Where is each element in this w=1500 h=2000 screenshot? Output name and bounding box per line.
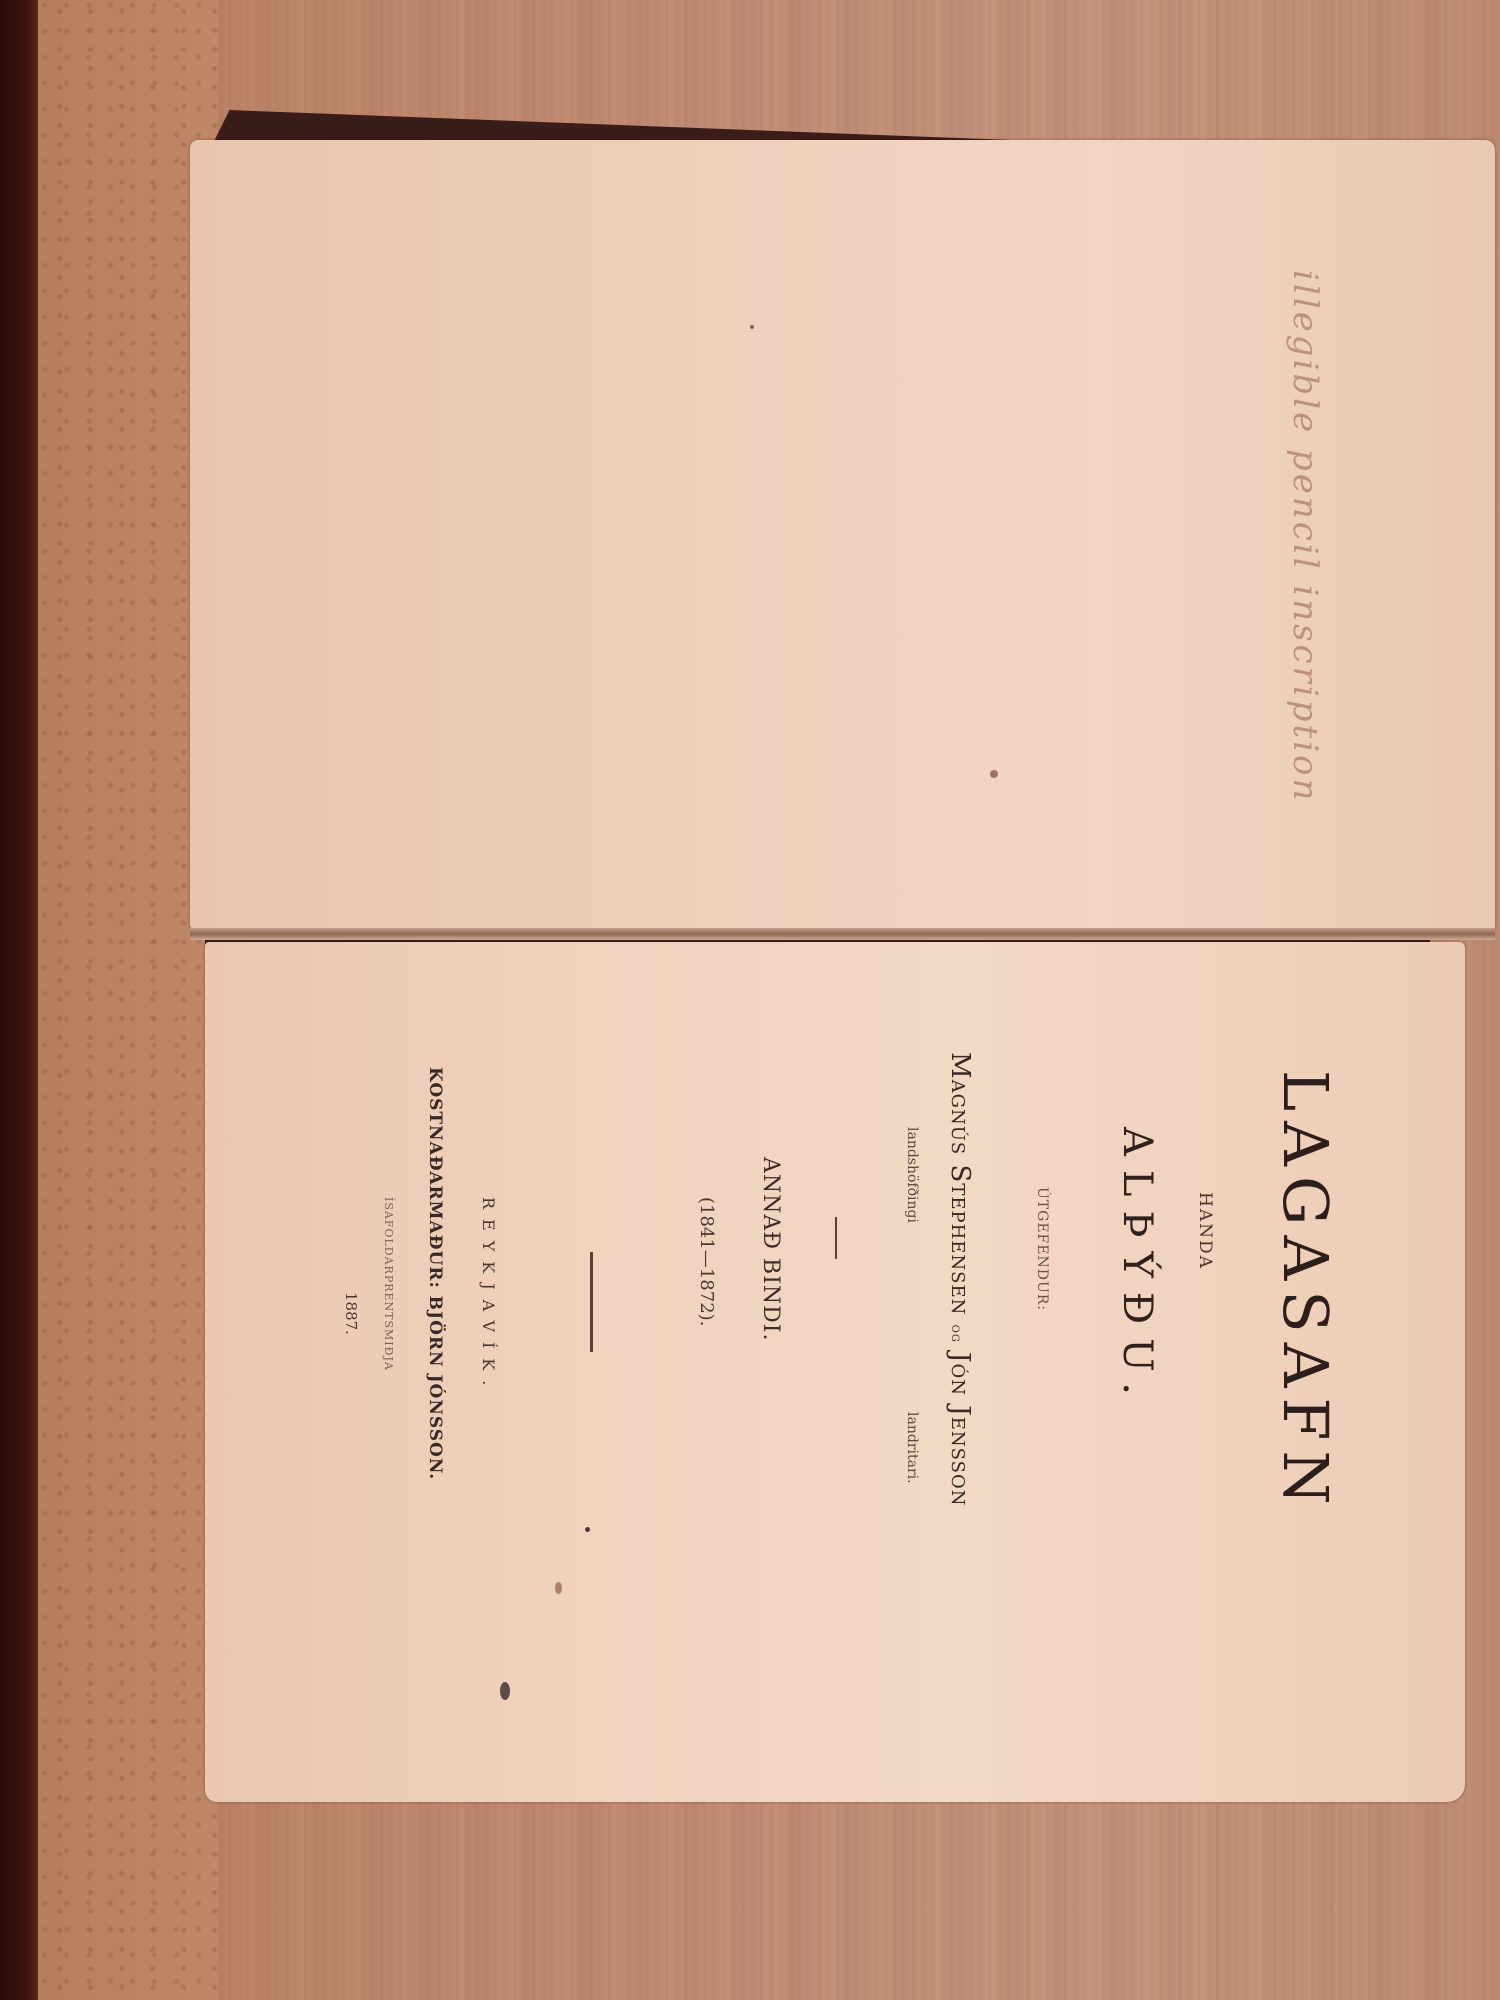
editors-label: ÚTGEFENDUR: [1034,1187,1050,1311]
editor-2: Jón Jensson [945,1352,975,1506]
volume-label: ANNAÐ BINDI. [758,1157,783,1341]
paper-spot [585,1527,590,1532]
book-subtitle: ALÞÝÐU. [1114,1127,1160,1409]
editor-2-role: landritari. [904,1412,920,1484]
handwritten-inscription: illegible pencil inscription [1285,270,1325,803]
place-of-publication: REYKJAVÍK. [479,1197,498,1395]
editor-1: Magnús Stephensen [945,1052,975,1315]
paper-spot [750,325,754,329]
title-page: LAGASAFN HANDA ALÞÝÐU. ÚTGEFENDUR: Magnú… [205,942,1465,1802]
title-handa: HANDA [1195,1192,1215,1270]
short-rule [835,1217,837,1259]
paper-spot [990,770,998,778]
volume-dates: (1841—1872). [696,1197,717,1326]
printer-line: ÍSAFOLDARPRENTSMIÐJA [382,1197,395,1371]
dark-edge-shadow [0,0,38,2000]
long-rule [590,1252,593,1352]
flyleaf-page: illegible pencil inscription [190,140,1495,930]
book-title: LAGASAFN [1269,1070,1342,1515]
paper-blemish [500,1682,510,1700]
book-gutter [190,928,1495,940]
publisher-line: KOSTNAÐARMAÐUR: BJÖRN JÓNSSON. [425,1067,445,1480]
editor-1-role: landshöfðingi [904,1127,920,1223]
paper-stain [555,1582,562,1594]
editors-conjunction: og [948,1325,964,1343]
editors-line: Magnús Stephensen og Jón Jensson [945,1052,975,1506]
publication-year: 1887. [342,1292,360,1335]
